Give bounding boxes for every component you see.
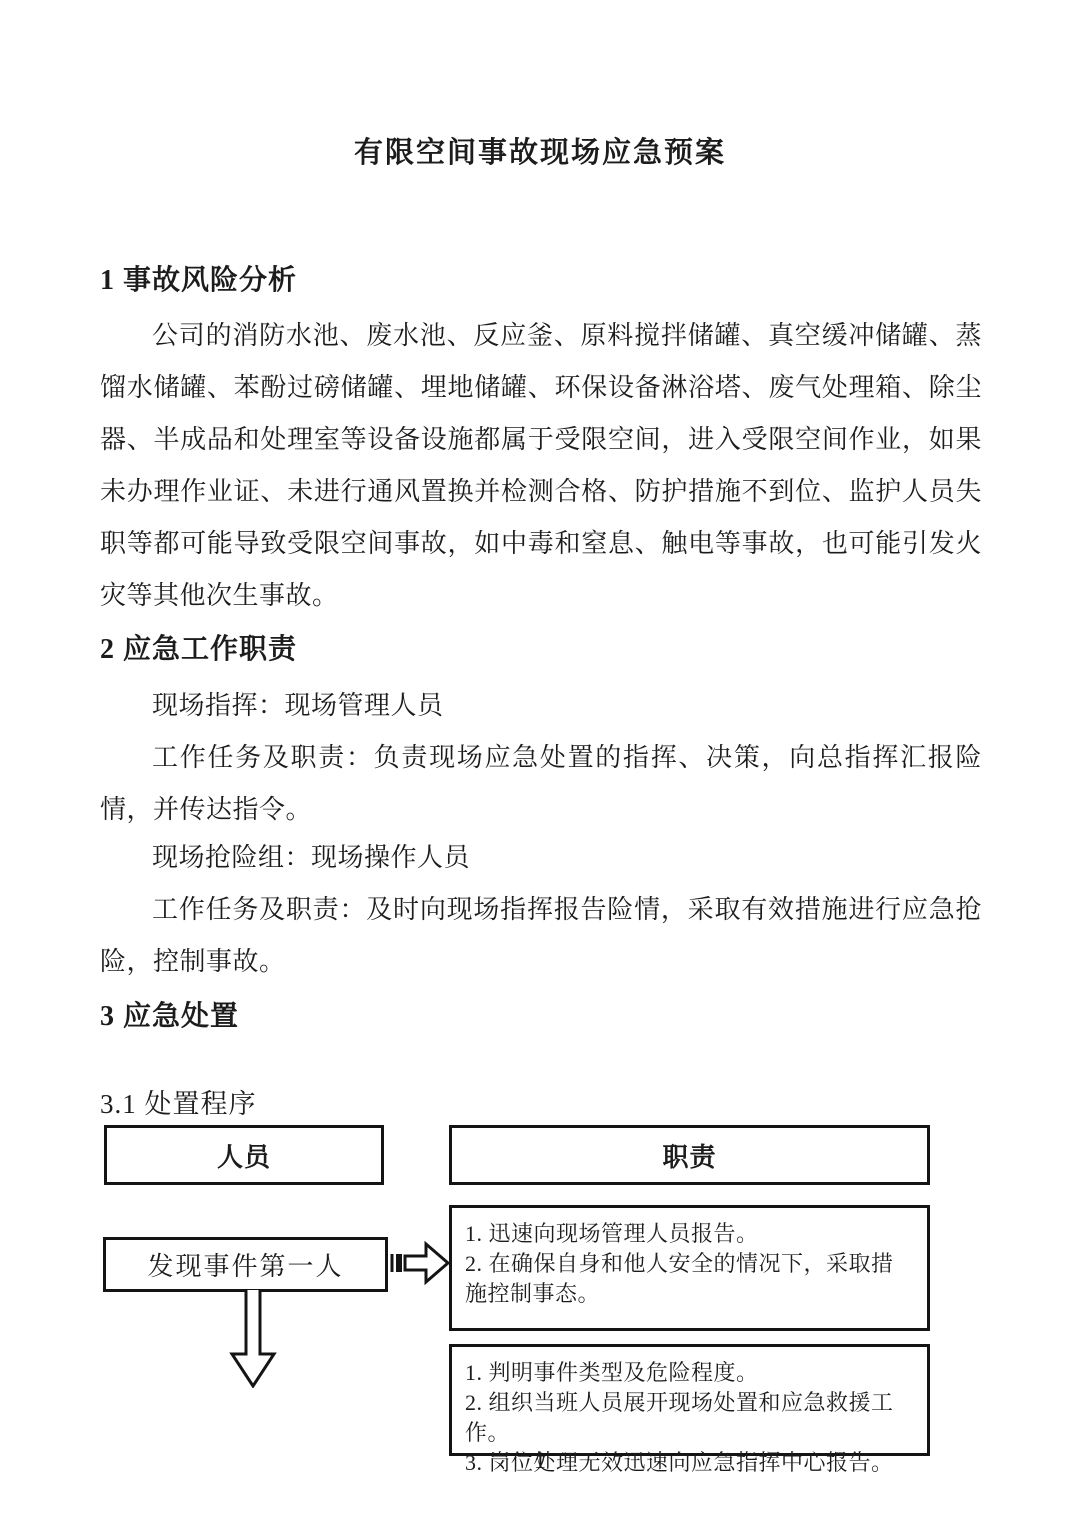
section1-heading: 1 事故风险分析 bbox=[100, 258, 297, 298]
section2-heading: 2 应急工作职责 bbox=[100, 627, 297, 667]
person-step1-label: 发现事件第一人 bbox=[147, 1246, 343, 1283]
section3-subheading: 3.1 处置程序 bbox=[100, 1082, 257, 1121]
page-number: 1 bbox=[0, 1448, 1080, 1475]
section2-paragraph-rescue-team: 现场抢险组：现场操作人员 bbox=[100, 832, 982, 884]
duty-header-label: 职责 bbox=[662, 1137, 716, 1174]
right-block-arrow-icon bbox=[389, 1240, 451, 1286]
flowchart-duty-header-box: 职责 bbox=[449, 1125, 930, 1185]
flowchart-duty-step2-box: 1. 判明事件类型及危险程度。 2. 组织当班人员展开现场处置和应急救援工作。 … bbox=[449, 1344, 930, 1456]
section1-paragraph: 公司的消防水池、废水池、反应釜、原料搅拌储罐、真空缓冲储罐、蒸馏水储罐、苯酚过磅… bbox=[100, 310, 982, 622]
section3-heading: 3 应急处置 bbox=[100, 994, 239, 1034]
duty-step2-line2: 2. 组织当班人员展开现场处置和应急救援工作。 bbox=[465, 1388, 914, 1448]
down-arrow-icon bbox=[229, 1290, 277, 1388]
page-title: 有限空间事故现场应急预案 bbox=[0, 130, 1080, 171]
document-page: 有限空间事故现场应急预案 1 事故风险分析 公司的消防水池、废水池、反应釜、原料… bbox=[0, 0, 1080, 1527]
section2-paragraph-commander-duty: 工作任务及职责：负责现场应急处置的指挥、决策，向总指挥汇报险情，并传达指令。 bbox=[100, 732, 982, 836]
duty-step1-line1: 1. 迅速向现场管理人员报告。 bbox=[465, 1219, 914, 1249]
section2-paragraph-rescue-duty: 工作任务及职责：及时向现场指挥报告险情，采取有效措施进行应急抢险，控制事故。 bbox=[100, 884, 982, 988]
flowchart-person-header-box: 人员 bbox=[104, 1125, 384, 1185]
flowchart-duty-step1-box: 1. 迅速向现场管理人员报告。 2. 在确保自身和他人安全的情况下，采取措施控制… bbox=[449, 1205, 930, 1331]
flowchart-person-step1-box: 发现事件第一人 bbox=[103, 1237, 388, 1292]
section2-paragraph-commander: 现场指挥：现场管理人员 bbox=[100, 680, 982, 732]
duty-step1-line2: 2. 在确保自身和他人安全的情况下，采取措施控制事态。 bbox=[465, 1249, 914, 1309]
person-header-label: 人员 bbox=[217, 1137, 271, 1174]
duty-step2-line1: 1. 判明事件类型及危险程度。 bbox=[465, 1358, 914, 1388]
